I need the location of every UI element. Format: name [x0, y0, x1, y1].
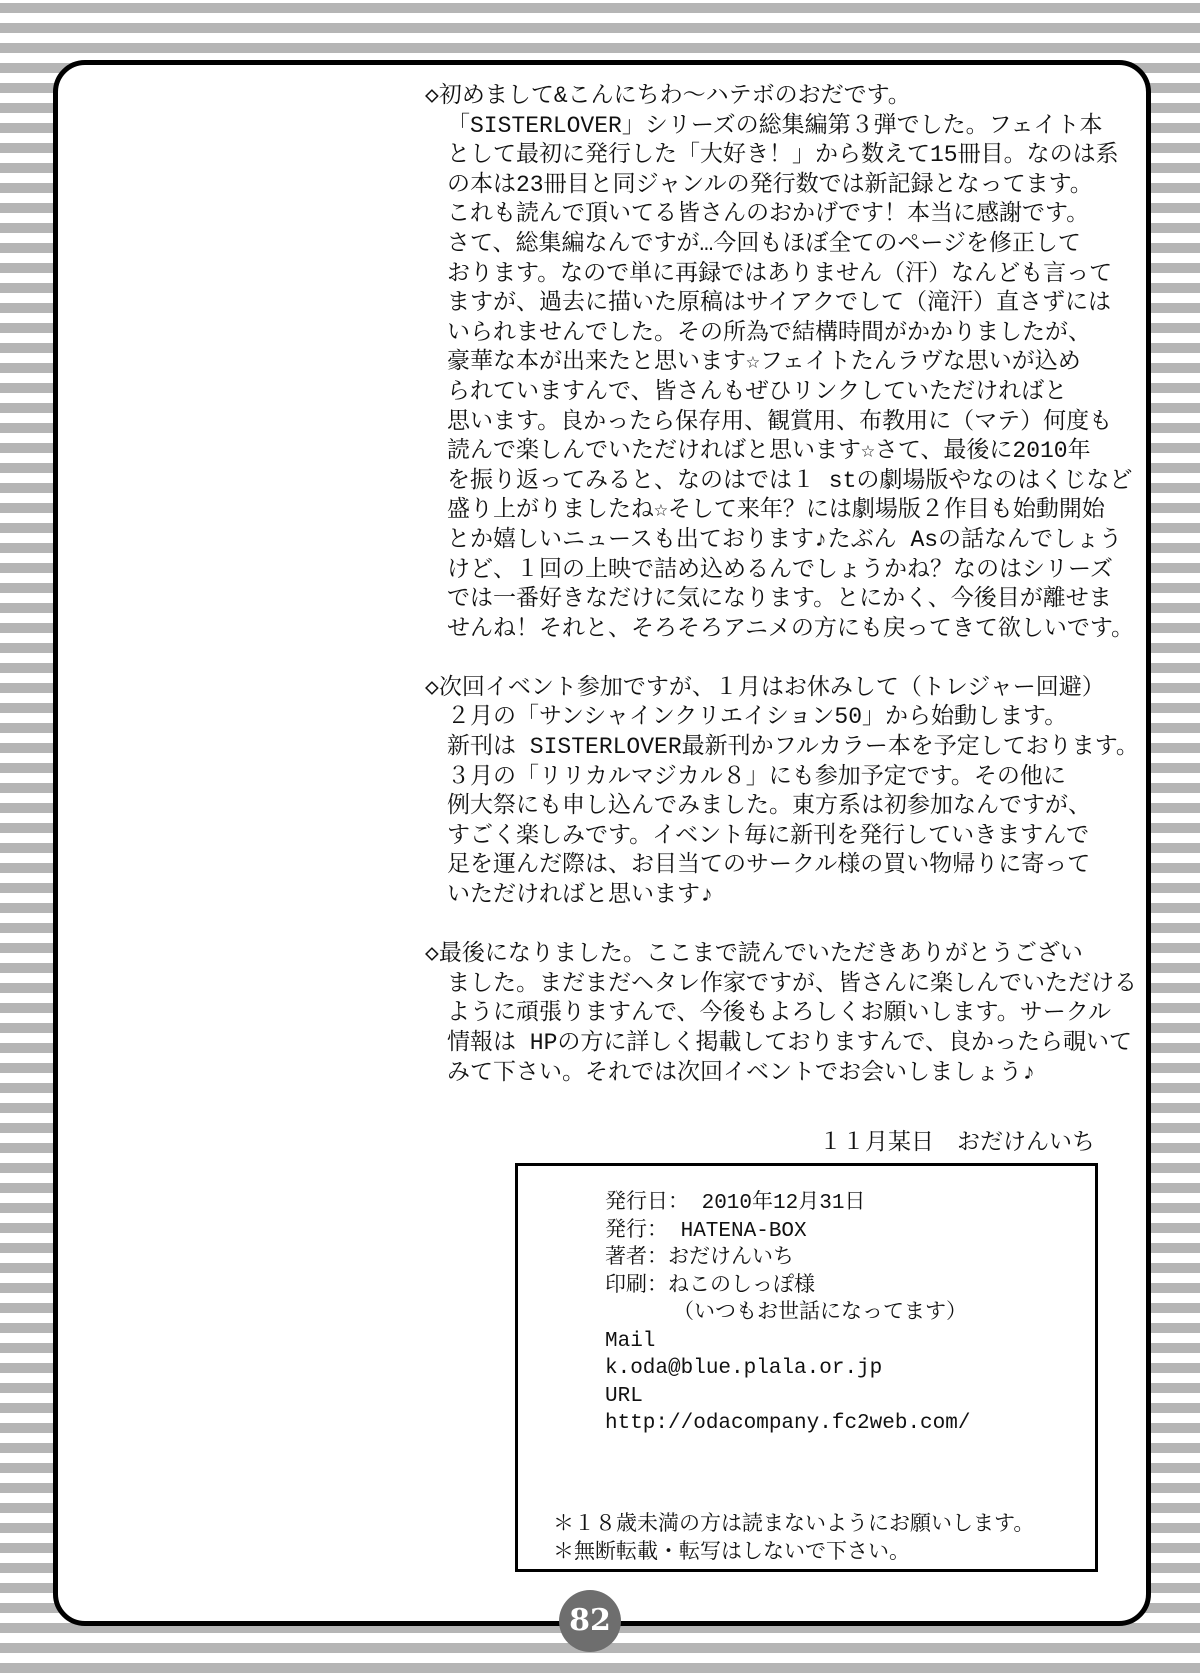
text-line: では一番好きなだけに気になります。とにかく、今後目が離せま	[425, 585, 1125, 615]
text-line: （いつもお世話になってます）	[605, 1300, 970, 1328]
text-line: の本は23冊目と同ジャンルの発行数では新記録となってます。	[425, 171, 1125, 201]
text-line: 「SISTERLOVER」シリーズの総集編第３弾でした。フェイト本	[425, 112, 1125, 142]
text-line: 思います。良かったら保存用、観賞用、布教用に（マテ）何度も	[425, 408, 1125, 438]
text-line: として最初に発行した「大好き！」から数えて15冊目。なのは系	[425, 141, 1125, 171]
text-line: 新刊は SISTERLOVER最新刊かフルカラー本を予定しております。	[425, 733, 1125, 763]
text-line: URL	[605, 1383, 970, 1411]
text-line: 印刷：ねこのしっぽ様	[605, 1273, 970, 1301]
text-line: ◇初めまして&こんにちわ〜ハテボのおだです。	[425, 82, 1125, 112]
afterword-paragraph-next-events: ◇次回イベント参加ですが、１月はお休みして（トレジャー回避）２月の「サンシャイン…	[425, 674, 1125, 911]
colophon-notices: ＊１８歳未満の方は読まないようにお願いします。＊無断転載・転写はしないで下さい。	[553, 1512, 1034, 1568]
text-line: みて下さい。それでは次回イベントでお会いしましょう♪	[425, 1059, 1125, 1089]
text-line: さて、総集編なんですが…今回もほぼ全てのページを修正して	[425, 230, 1125, 260]
text-line: ２月の「サンシャインクリエイション50」から始動します。	[425, 703, 1125, 733]
afterword-text: ◇初めまして&こんにちわ〜ハテボのおだです。「SISTERLOVER」シリーズの…	[425, 82, 1125, 1088]
text-line: すごく楽しみです。イベント毎に新刊を発行していきますんで	[425, 822, 1125, 852]
text-line: k.oda@blue.plala.or.jp	[605, 1355, 970, 1383]
doujin-afterword-page: ◇初めまして&こんにちわ〜ハテボのおだです。「SISTERLOVER」シリーズの…	[53, 60, 1151, 1626]
text-line: 発行日： 2010年12月31日	[605, 1190, 970, 1218]
text-line: Mail	[605, 1328, 970, 1356]
text-line: ３月の「リリカルマジカル８」にも参加予定です。その他に	[425, 763, 1125, 793]
colophon-publication-info: 発行日： 2010年12月31日発行： HATENA-BOX著者：おだけんいち印…	[605, 1190, 970, 1438]
text-line: ◇次回イベント参加ですが、１月はお休みして（トレジャー回避）	[425, 674, 1125, 704]
text-line: 発行： HATENA-BOX	[605, 1218, 970, 1246]
text-line: を振り返ってみると、なのはでは１ stの劇場版やなのはくじなど	[425, 467, 1125, 497]
text-line: 著者：おだけんいち	[605, 1245, 970, 1273]
text-line: 情報は HPの方に詳しく掲載しておりますんで、良かったら覗いて	[425, 1029, 1125, 1059]
text-line: いただければと思います♪	[425, 881, 1125, 911]
text-line: ＊１８歳未満の方は読まないようにお願いします。	[553, 1512, 1034, 1540]
text-line: 例大祭にも申し込んでみました。東方系は初参加なんですが、	[425, 792, 1125, 822]
text-line: http://odacompany.fc2web.com/	[605, 1410, 970, 1438]
striped-background: { "page": { "number": "82" }, "afterword…	[0, 0, 1200, 1678]
text-line: いられませんでした。その所為で結構時間がかかりましたが、	[425, 319, 1125, 349]
page-number: 82	[569, 1606, 611, 1636]
text-line: ました。まだまだヘタレ作家ですが、皆さんに楽しんでいただける	[425, 970, 1125, 1000]
page-number-badge: 82	[559, 1590, 621, 1652]
text-line: せんね！それと、そろそろアニメの方にも戻ってきて欲しいです。	[425, 615, 1125, 645]
author-signature: １１月某日 おだけんいち	[425, 1123, 1095, 1156]
text-line: 読んで楽しんでいただければと思います☆さて、最後に2010年	[425, 437, 1125, 467]
text-line: 足を運んだ際は、お目当てのサークル様の買い物帰りに寄って	[425, 851, 1125, 881]
afterword-paragraph-closing: ◇最後になりました。ここまで読んでいただきありがとうございました。まだまだヘタレ…	[425, 940, 1125, 1088]
text-line: ◇最後になりました。ここまで読んでいただきありがとうござい	[425, 940, 1125, 970]
text-line: 盛り上がりましたね☆そして来年？には劇場版２作目も始動開始	[425, 496, 1125, 526]
afterword-paragraph-greeting: ◇初めまして&こんにちわ〜ハテボのおだです。「SISTERLOVER」シリーズの…	[425, 82, 1125, 644]
text-line: ますが、過去に描いた原稿はサイアクでして（滝汗）直さずには	[425, 289, 1125, 319]
text-line: これも読んで頂いてる皆さんのおかげです！本当に感謝です。	[425, 200, 1125, 230]
colophon-box: 発行日： 2010年12月31日発行： HATENA-BOX著者：おだけんいち印…	[515, 1163, 1098, 1572]
text-line: ＊無断転載・転写はしないで下さい。	[553, 1540, 1034, 1568]
text-line: ように頑張りますんで、今後もよろしくお願いします。サークル	[425, 999, 1125, 1029]
text-line: とか嬉しいニュースも出ております♪たぶん Asの話なんでしょう	[425, 526, 1125, 556]
text-line: 豪華な本が出来たと思います☆フェイトたんラヴな思いが込め	[425, 348, 1125, 378]
text-line: おります。なので単に再録ではありません（汗）なんども言って	[425, 260, 1125, 290]
text-line: けど、１回の上映で詰め込めるんでしょうかね？なのはシリーズ	[425, 556, 1125, 586]
text-line: られていますんで、皆さんもぜひリンクしていただければと	[425, 378, 1125, 408]
